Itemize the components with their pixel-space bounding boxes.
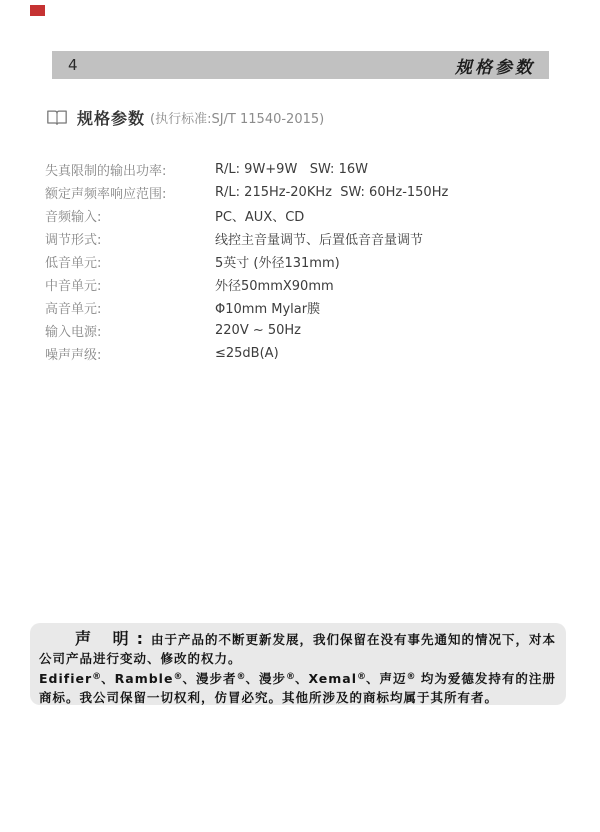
red-corner-marker	[30, 5, 45, 16]
declaration-line: 公司产品进行变动、修改的权力。	[39, 649, 557, 668]
header-chapter-title: 规格参数	[455, 53, 535, 78]
spec-label: 调节形式:	[45, 229, 215, 248]
spec-label: 噪声声级:	[45, 344, 215, 363]
declaration-line: 声 明:由于产品的不断更新发展，我们保留在没有事先通知的情况下，对本	[39, 629, 557, 649]
spec-row: 调节形式: 线控主音量调节、后置低音音量调节	[45, 227, 565, 250]
spec-label: 中音单元:	[45, 275, 215, 294]
spec-value: PC、AUX、CD	[215, 206, 304, 225]
spec-label: 高音单元:	[45, 298, 215, 317]
declaration-line: 商标。我公司保留一切权利，仿冒必究。其他所涉及的商标均属于其所有者。	[39, 688, 557, 707]
spec-label: 低音单元:	[45, 252, 215, 271]
spec-value: 5英寸 (外径131mm)	[215, 252, 340, 271]
spec-value: 220V ~ 50Hz	[215, 323, 301, 338]
manual-page: 4 规格参数 规格参数 (执行标准:SJ/T 11540-2015) 失真限制的…	[0, 0, 600, 832]
spec-label: 额定声频率响应范围:	[45, 183, 215, 202]
page-number: 4	[68, 56, 78, 74]
spec-row: 中音单元: 外径50mmX90mm	[45, 273, 565, 296]
spec-row: 失真限制的输出功率: R/L: 9W+9W SW: 16W	[45, 158, 565, 181]
spec-row: 输入电源: 220V ~ 50Hz	[45, 319, 565, 342]
spec-value: 外径50mmX90mm	[215, 275, 334, 294]
section-header: 规格参数 (执行标准:SJ/T 11540-2015)	[46, 106, 324, 129]
declaration-text: 由于产品的不断更新发展，我们保留在没有事先通知的情况下，对本	[151, 632, 556, 647]
spec-value: R/L: 9W+9W SW: 16W	[215, 162, 368, 177]
spec-row: 低音单元: 5英寸 (外径131mm)	[45, 250, 565, 273]
spec-value: Φ10mm Mylar膜	[215, 298, 320, 317]
section-subtitle: (执行标准:SJ/T 11540-2015)	[150, 108, 324, 127]
spec-value: ≤25dB(A)	[215, 346, 279, 361]
spec-label: 失真限制的输出功率:	[45, 160, 215, 179]
spec-row: 音频输入: PC、AUX、CD	[45, 204, 565, 227]
declaration-box: 声 明:由于产品的不断更新发展，我们保留在没有事先通知的情况下，对本 公司产品进…	[30, 623, 566, 705]
spec-value: 线控主音量调节、后置低音音量调节	[215, 229, 423, 248]
declaration-line: Edifier®、Ramble®、漫步者®、漫步®、Xemal®、声迈® 均为爱…	[39, 668, 557, 688]
page-header-bar: 4 规格参数	[52, 51, 549, 79]
spec-row: 额定声频率响应范围: R/L: 215Hz-20KHz SW: 60Hz-150…	[45, 181, 565, 204]
spec-table: 失真限制的输出功率: R/L: 9W+9W SW: 16W 额定声频率响应范围:…	[45, 158, 565, 365]
spec-row: 高音单元: Φ10mm Mylar膜	[45, 296, 565, 319]
spec-label: 音频输入:	[45, 206, 215, 225]
spec-value: R/L: 215Hz-20KHz SW: 60Hz-150Hz	[215, 185, 448, 200]
spec-row: 噪声声级: ≤25dB(A)	[45, 342, 565, 365]
open-book-icon	[46, 109, 68, 126]
spec-label: 输入电源:	[45, 321, 215, 340]
declaration-heading: 声 明:	[75, 629, 151, 648]
section-title: 规格参数	[77, 106, 145, 129]
